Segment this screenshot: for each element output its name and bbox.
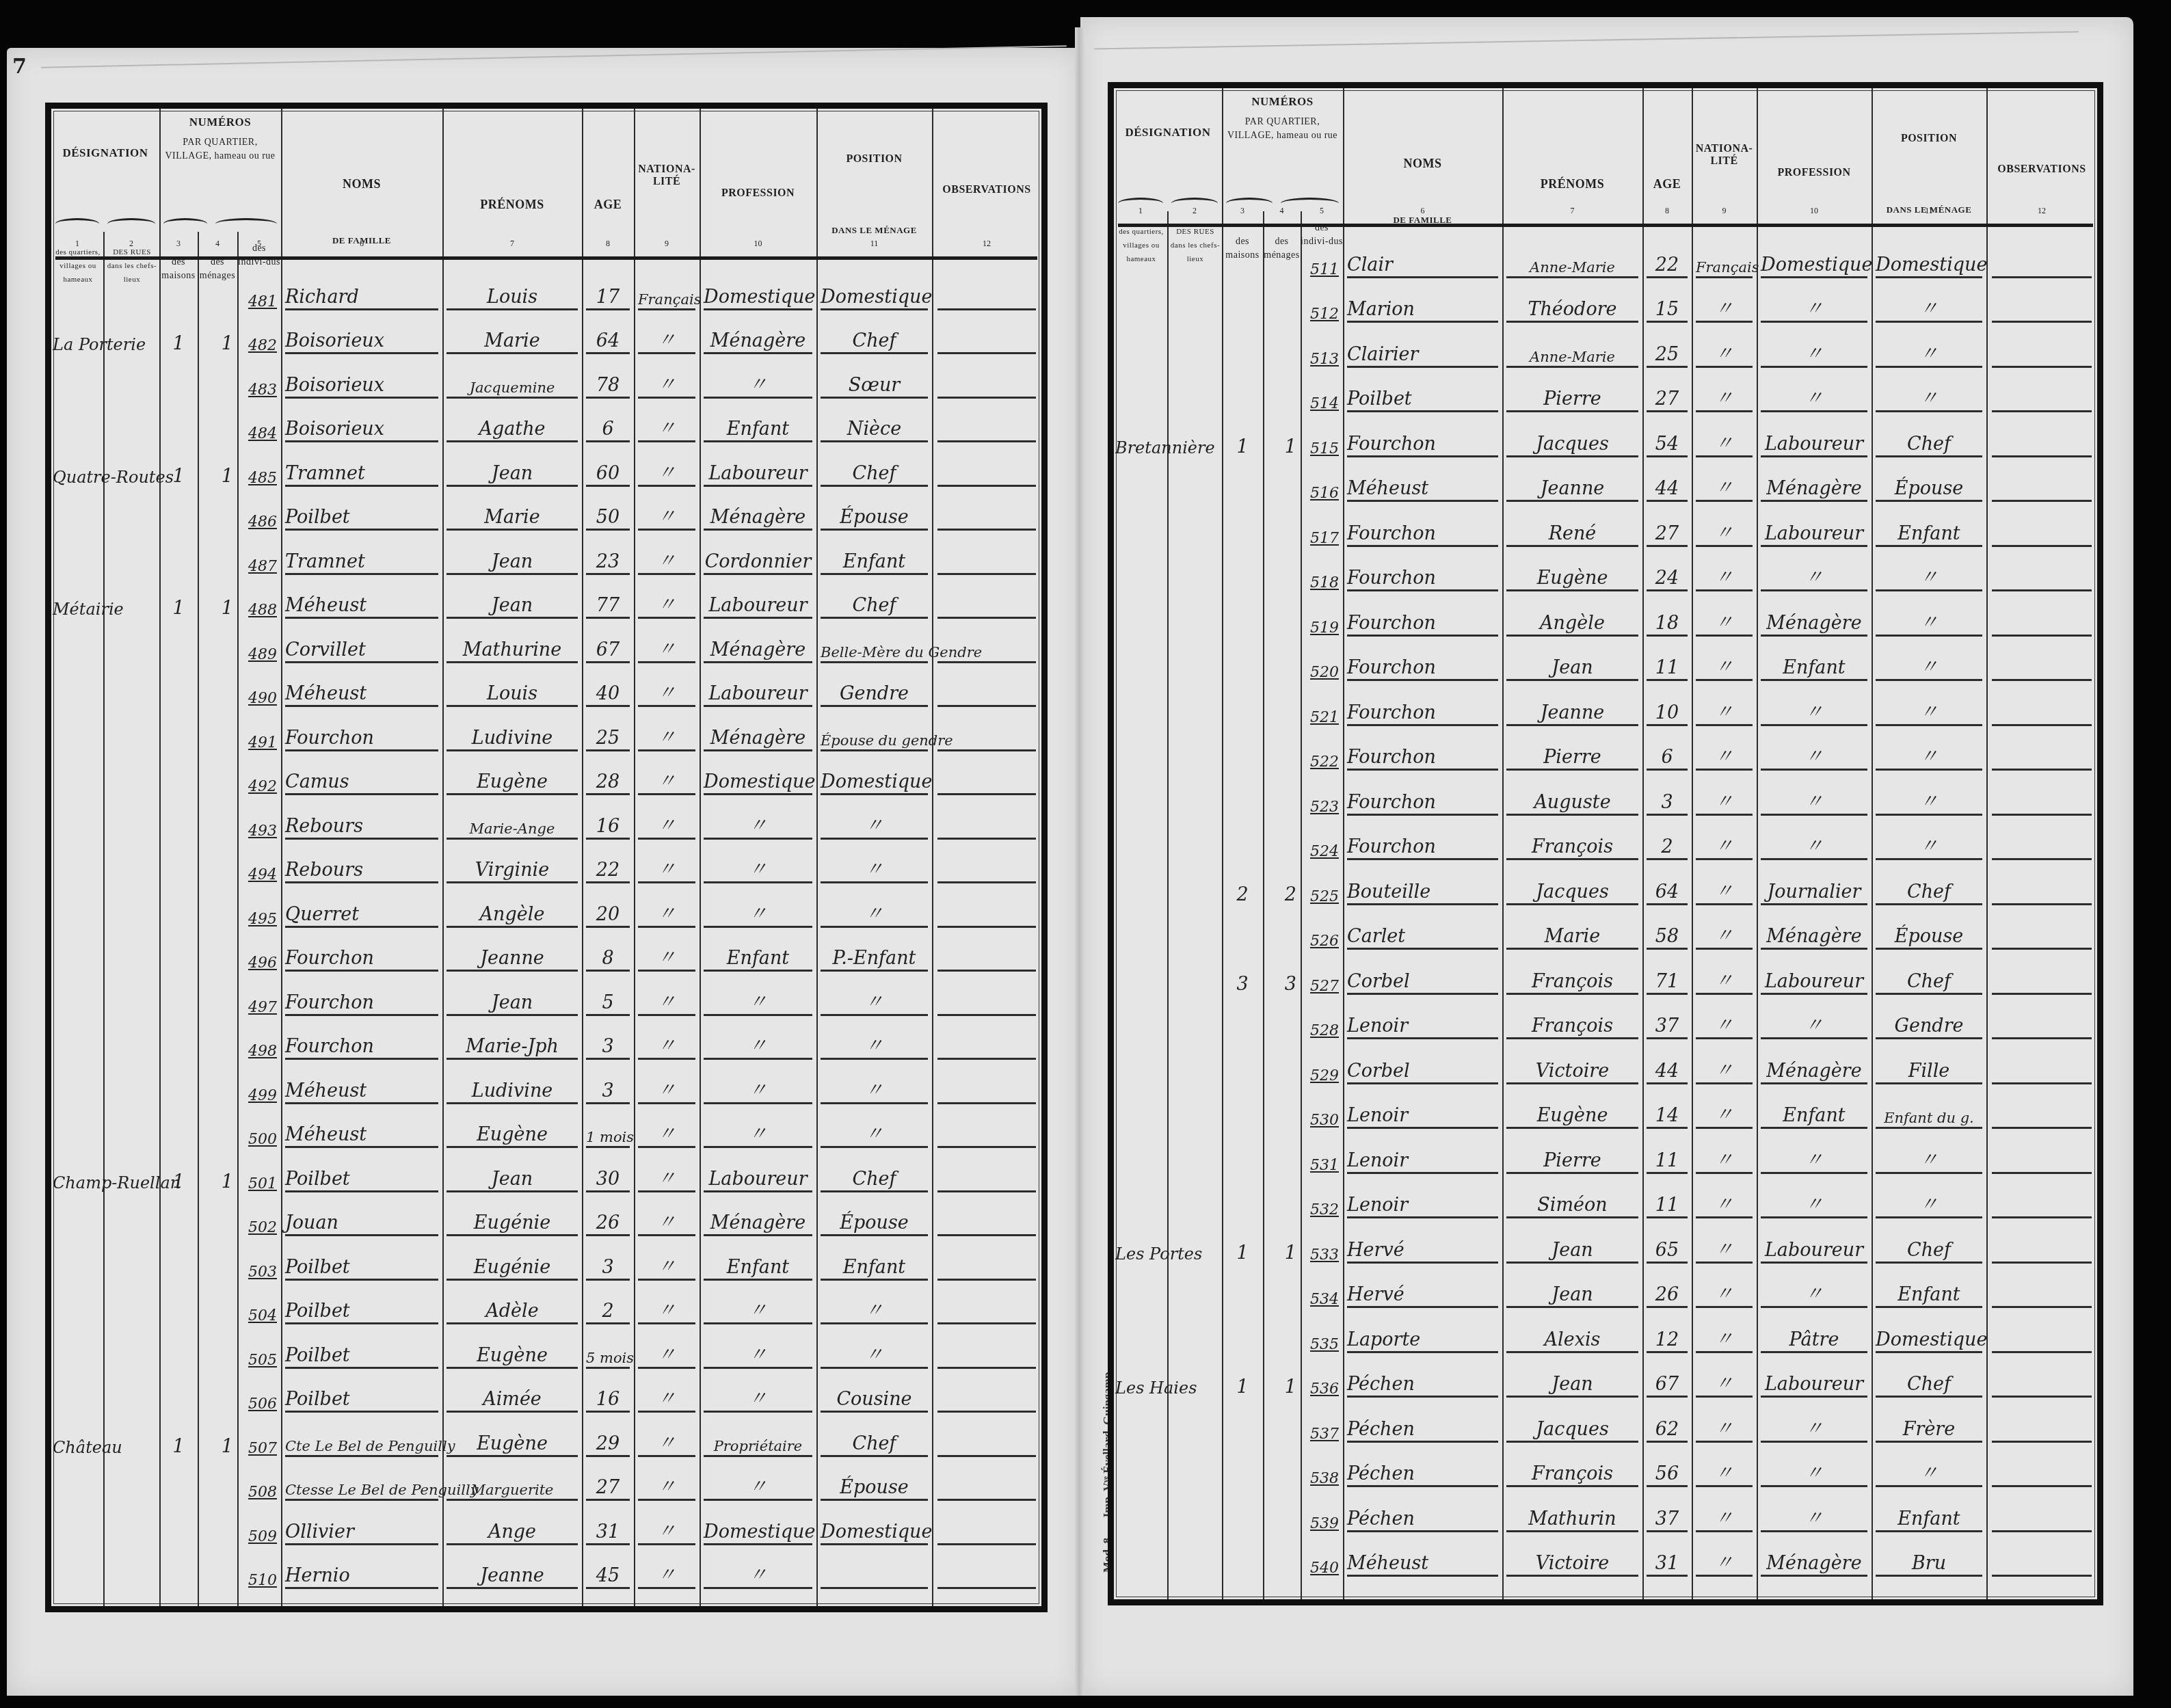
age-cell: 3 [586, 1036, 630, 1060]
age-cell: 16 [586, 1389, 630, 1413]
table-row: 22525BouteilleJacques64〃JournalierChef [1114, 864, 2097, 909]
position-cell: Enfant du g. [1876, 1110, 1982, 1129]
firstname-cell: Théodore [1506, 299, 1638, 323]
profession-cell: 〃 [1761, 338, 1867, 368]
nationality-cell: 〃 [1696, 428, 1753, 457]
profession-cell: Laboureur [1761, 433, 1867, 457]
observations-cell [937, 792, 1036, 795]
profession-cell: 〃 [704, 1383, 812, 1413]
individual-number: 499 [241, 1087, 277, 1104]
firstname-cell: Marie [447, 330, 578, 354]
firstname-cell: Mathurin [1506, 1508, 1638, 1532]
position-cell: Chef [821, 463, 928, 487]
household-number: 1 [202, 466, 233, 487]
individual-number: 514 [1305, 395, 1339, 412]
firstname-cell: Siméon [1506, 1195, 1638, 1218]
table-row: 489CorvilletMathurine67〃MénagèreBelle-Mè… [51, 623, 1041, 667]
firstname-cell: Jean [1506, 1284, 1638, 1308]
table-row: 505PoilbetEugène5 mois〃〃〃 [51, 1329, 1041, 1373]
age-cell: 2 [586, 1300, 630, 1324]
age-cell: 54 [1647, 433, 1688, 457]
observations-cell [1992, 276, 2092, 278]
profession-cell: Ménagère [704, 507, 812, 531]
census-table-left: DÉSIGNATIONdes quartiers, villages ou ha… [45, 103, 1048, 1612]
table-row: 481RichardLouis17FrançaisDomestiqueDomes… [51, 270, 1041, 315]
age-cell: 5 mois [586, 1350, 630, 1369]
header-profession: PROFESSION [1757, 167, 1872, 179]
individual-number: 510 [241, 1572, 277, 1589]
table-row: 487TramnetJean23〃CordonnierEnfant [51, 535, 1041, 579]
profession-cell: 〃 [1761, 293, 1867, 323]
individual-number: 482 [241, 337, 277, 354]
firstname-cell: Ange [447, 1521, 578, 1545]
age-cell: 60 [586, 463, 630, 487]
position-cell [821, 1586, 928, 1589]
location-cell: Les Portes [1115, 1244, 1184, 1264]
table-row: 33527CorbelFrançois71〃LaboureurChef [1114, 954, 2097, 999]
nationality-cell: 〃 [638, 1251, 695, 1281]
profession-cell: Laboureur [704, 1169, 812, 1192]
nationality-cell: 〃 [1696, 831, 1753, 860]
surname-cell: Lenoir [1347, 1015, 1498, 1039]
age-cell: 65 [1647, 1240, 1688, 1264]
age-cell: 24 [1647, 568, 1688, 591]
observations-cell [937, 925, 1036, 928]
house-number: 1 [163, 1171, 194, 1192]
nationality-cell: 〃 [1696, 1099, 1753, 1129]
profession-cell: 〃 [704, 369, 812, 399]
profession-cell: Laboureur [704, 595, 812, 619]
age-cell: 56 [1647, 1463, 1688, 1487]
position-cell: Enfant [821, 551, 928, 575]
column-number: 7 [1502, 206, 1642, 216]
header-nationalite: NATIONA-LITÉ [1692, 143, 1757, 168]
nationality-cell: 〃 [1696, 741, 1753, 771]
firstname-cell: Eugénie [447, 1257, 578, 1281]
firstname-cell: Virginie [447, 859, 578, 883]
firstname-cell: Anne-Marie [1506, 259, 1638, 278]
firstname-cell: Jean [1506, 1374, 1638, 1398]
firstname-cell: Angèle [447, 904, 578, 928]
individual-number: 525 [1305, 888, 1339, 905]
observations-cell [937, 351, 1036, 354]
nationality-cell: 〃 [638, 1560, 695, 1589]
individual-number: 481 [241, 293, 277, 310]
position-cell: Gendre [821, 683, 928, 707]
position-cell: Chef [1876, 881, 1982, 905]
nationality-cell: 〃 [1696, 1010, 1753, 1039]
profession-cell: Laboureur [1761, 1374, 1867, 1398]
individual-number: 496 [241, 955, 277, 972]
surname-cell: Hervé [1347, 1284, 1498, 1308]
individual-number: 494 [241, 866, 277, 883]
nationality-cell: Français [638, 291, 695, 310]
individual-number: 530 [1305, 1112, 1339, 1129]
observations-cell [937, 616, 1036, 619]
header-designation: DÉSIGNATION [1114, 126, 1222, 139]
firstname-cell: Mathurine [447, 639, 578, 663]
table-row: 532LenoirSiméon11〃〃〃 [1114, 1178, 2097, 1223]
firstname-cell: Eugénie [447, 1212, 578, 1236]
surname-cell: Péchen [1347, 1508, 1498, 1532]
profession-cell: 〃 [1761, 1503, 1867, 1532]
header-brace [107, 218, 155, 230]
individual-number: 521 [1305, 709, 1339, 726]
position-cell: Nièce [821, 418, 928, 442]
position-cell: 〃 [821, 1339, 928, 1369]
position-cell: Enfant [1876, 1284, 1982, 1308]
position-cell: 〃 [1876, 831, 1982, 860]
nationality-cell: 〃 [638, 1428, 695, 1457]
profession-cell: Laboureur [1761, 971, 1867, 995]
firstname-cell: Jeanne [447, 948, 578, 972]
individual-number: 519 [1305, 619, 1339, 637]
nationality-cell: 〃 [638, 942, 695, 972]
surname-cell: Fourchon [285, 992, 438, 1016]
surname-cell: Corbel [1347, 1060, 1498, 1084]
individual-number: 512 [1305, 306, 1339, 323]
location-cell: La Porterie [53, 335, 120, 354]
column-number: 5 [1301, 206, 1343, 216]
firstname-cell: Victoire [1506, 1060, 1638, 1084]
observations-cell [1992, 857, 2092, 860]
household-number: 1 [1267, 1242, 1296, 1264]
observations-cell [1992, 1530, 2092, 1532]
age-cell: 16 [586, 816, 630, 840]
header-prenoms: PRÉNOMS [442, 198, 582, 212]
individual-number: 537 [1305, 1426, 1339, 1443]
age-cell: 8 [586, 948, 630, 972]
table-row: Château11507Cte Le Bel de PenguillyEugèn… [51, 1417, 1041, 1461]
profession-cell: 〃 [704, 1560, 812, 1589]
individual-number: 490 [241, 690, 277, 707]
age-cell: 45 [586, 1565, 630, 1589]
individual-number: 527 [1305, 978, 1339, 995]
firstname-cell: Alexis [1506, 1329, 1638, 1353]
nationality-cell: 〃 [638, 1471, 695, 1501]
firstname-cell: Jeanne [1506, 702, 1638, 726]
nationality-cell: 〃 [1696, 652, 1753, 681]
column-number: 4 [1263, 206, 1301, 216]
column-number: 6 [281, 239, 442, 249]
age-cell: 6 [1647, 747, 1688, 771]
profession-cell: Enfant [1761, 657, 1867, 681]
nationality-cell: 〃 [638, 634, 695, 663]
table-row: 504PoilbetAdèle2〃〃〃 [51, 1285, 1041, 1329]
table-row: 540MéheustVictoire31〃MénagèreBru [1114, 1536, 2097, 1582]
nationality-cell: 〃 [1696, 1055, 1753, 1084]
nationality-cell: 〃 [1696, 607, 1753, 637]
observations-cell [937, 1190, 1036, 1192]
profession-cell: Ménagère [704, 728, 812, 751]
column-number: 6 [1343, 206, 1502, 216]
table-row: 493ReboursMarie-Ange16〃〃〃 [51, 799, 1041, 844]
table-row: 513ClairierAnne-Marie25〃〃〃 [1114, 327, 2097, 372]
nationality-cell: 〃 [638, 1207, 695, 1236]
individual-number: 484 [241, 425, 277, 442]
firstname-cell: Marie-Ange [447, 820, 578, 840]
nationality-cell: 〃 [638, 457, 695, 487]
nationality-cell: 〃 [638, 413, 695, 442]
header-observations: OBSERVATIONS [1986, 163, 2097, 176]
table-row: 509OllivierAnge31〃DomestiqueDomestique [51, 1505, 1041, 1549]
age-cell: 27 [1647, 523, 1688, 547]
age-cell: 64 [1647, 881, 1688, 905]
firstname-cell: Pierre [1506, 388, 1638, 412]
age-cell: 31 [1647, 1553, 1688, 1577]
individual-number: 491 [241, 734, 277, 751]
age-cell: 30 [586, 1169, 630, 1192]
profession-cell: 〃 [704, 810, 812, 840]
position-cell: Cousine [821, 1389, 928, 1413]
nationality-cell: 〃 [638, 1030, 695, 1060]
observations-cell [937, 572, 1036, 575]
nationality-cell: 〃 [638, 1516, 695, 1545]
profession-cell: 〃 [704, 987, 812, 1016]
profession-cell: 〃 [1761, 831, 1867, 860]
individual-number: 536 [1305, 1380, 1339, 1398]
nationality-cell: 〃 [1696, 1503, 1753, 1532]
position-cell: P.-Enfant [821, 948, 928, 972]
age-cell: 10 [1647, 702, 1688, 726]
table-row: 517FourchonRené27〃LaboureurEnfant [1114, 506, 2097, 551]
position-cell: 〃 [1876, 1145, 1982, 1174]
firstname-cell: Angèle [1506, 613, 1638, 637]
surname-cell: Carlet [1347, 926, 1498, 950]
profession-cell: 〃 [704, 1075, 812, 1104]
table-row: 531LenoirPierre11〃〃〃 [1114, 1133, 2097, 1178]
firstname-cell: Adèle [447, 1300, 578, 1324]
age-cell: 64 [586, 330, 630, 354]
position-cell: Frère [1876, 1419, 1982, 1443]
observations-cell [1992, 1082, 2092, 1084]
observations-cell [1992, 1305, 2092, 1308]
header-numeros: NUMÉROS [1222, 95, 1343, 109]
firstname-cell: Jean [1506, 657, 1638, 681]
observations-cell [937, 837, 1036, 840]
house-number: 1 [163, 598, 194, 619]
individual-number: 504 [241, 1307, 277, 1324]
profession-cell: Ménagère [1761, 1553, 1867, 1577]
position-cell: Épouse [1876, 478, 1982, 502]
location-cell: Château [53, 1438, 120, 1457]
observations-cell [937, 881, 1036, 883]
surname-cell: Laporte [1347, 1329, 1498, 1353]
position-cell: Épouse [821, 1212, 928, 1236]
surname-cell: Poilbet [285, 1300, 438, 1324]
firstname-cell: Auguste [1506, 792, 1638, 816]
position-cell: Chef [821, 330, 928, 354]
individual-number: 532 [1305, 1201, 1339, 1218]
age-cell: 25 [586, 728, 630, 751]
column-number: 12 [1986, 206, 2097, 216]
profession-cell: Ménagère [704, 639, 812, 663]
observations-cell [937, 308, 1036, 310]
individual-number: 497 [241, 999, 277, 1016]
surname-cell: Rebours [285, 816, 438, 840]
location-cell: Bretannière [1115, 438, 1184, 457]
observations-cell [1992, 723, 2092, 726]
observations-cell [937, 1057, 1036, 1060]
table-row: 486PoilbetMarie50〃MénagèreÉpouse [51, 491, 1041, 535]
age-cell: 67 [1647, 1374, 1688, 1398]
surname-cell: Lenoir [1347, 1150, 1498, 1174]
table-row: 506PoilbetAimée16〃〃Cousine [51, 1373, 1041, 1417]
household-number: 2 [1267, 884, 1296, 905]
location-cell: Les Haies [1115, 1378, 1184, 1398]
table-row: Bretannière11515FourchonJacques54〃Labour… [1114, 416, 2097, 462]
table-header: DÉSIGNATIONdes quartiers, villages ou ha… [1114, 88, 2097, 232]
profession-cell: Laboureur [704, 683, 812, 707]
surname-cell: Tramnet [285, 551, 438, 575]
individual-number: 524 [1305, 843, 1339, 860]
surname-cell: Méheust [1347, 478, 1498, 502]
nationality-cell: 〃 [1696, 876, 1753, 905]
table-row: 498FourchonMarie-Jph3〃〃〃 [51, 1020, 1041, 1065]
surname-cell: Péchen [1347, 1463, 1498, 1487]
nationality-cell: 〃 [1696, 1547, 1753, 1577]
firstname-cell: Jean [447, 551, 578, 575]
age-cell: 11 [1647, 1195, 1688, 1218]
nationality-cell: 〃 [638, 325, 695, 354]
surname-cell: Fourchon [1347, 792, 1498, 816]
position-cell: 〃 [821, 987, 928, 1016]
observations-cell [1992, 544, 2092, 547]
position-cell: Domestique [821, 1521, 928, 1545]
table-row: 516MéheustJeanne44〃MénagèreÉpouse [1114, 462, 2097, 507]
nationality-cell: 〃 [638, 1119, 695, 1148]
table-row: 502JouanEugénie26〃MénagèreÉpouse [51, 1197, 1041, 1241]
table-row: 512MarionThéodore15〃〃〃 [1114, 282, 2097, 328]
firstname-cell: Pierre [1506, 1150, 1638, 1174]
surname-cell: Poilbet [285, 1345, 438, 1369]
table-header: DÉSIGNATIONdes quartiers, villages ou ha… [51, 109, 1041, 265]
profession-cell: 〃 [1761, 1458, 1867, 1487]
book-spine [1075, 27, 1084, 1696]
age-cell: 17 [586, 286, 630, 310]
table-row: Quatre-Routes11485TramnetJean60〃Laboureu… [51, 446, 1041, 491]
table-row: 484BoisorieuxAgathe6〃EnfantNièce [51, 403, 1041, 447]
surname-cell: Ctesse Le Bel de Penguilly [285, 1482, 438, 1501]
age-cell: 44 [1647, 478, 1688, 502]
position-cell: Chef [821, 1433, 928, 1457]
individual-number: 529 [1305, 1067, 1339, 1084]
household-number: 1 [1267, 1376, 1296, 1398]
position-cell: 〃 [1876, 1189, 1982, 1218]
profession-cell: 〃 [1761, 786, 1867, 816]
position-cell: Épouse [821, 507, 928, 531]
observations-cell [1992, 410, 2092, 412]
surname-cell: Boisorieux [285, 375, 438, 399]
firstname-cell: Aimée [447, 1389, 578, 1413]
observations-cell [1992, 499, 2092, 502]
column-number: 4 [198, 239, 237, 249]
column-number: 9 [1692, 206, 1757, 216]
table-row: 495QuerretAngèle20〃〃〃 [51, 888, 1041, 932]
surname-cell: Camus [285, 771, 438, 795]
house-number: 1 [1226, 1242, 1259, 1264]
profession-cell: Cordonnier [704, 551, 812, 575]
individual-number: 513 [1305, 351, 1339, 368]
individual-number: 486 [241, 513, 277, 531]
firstname-cell: Eugène [447, 1433, 578, 1457]
firstname-cell: Jeanne [447, 1565, 578, 1589]
nationality-cell: 〃 [1696, 1458, 1753, 1487]
house-number: 1 [163, 333, 194, 354]
surname-cell: Fourchon [1347, 568, 1498, 591]
table-row: Les Portes11533HervéJean65〃LaboureurChef [1114, 1223, 2097, 1268]
column-number: 11 [816, 239, 932, 249]
observations-cell [1992, 589, 2092, 591]
position-cell: 〃 [821, 1075, 928, 1104]
house-number: 2 [1226, 884, 1259, 905]
position-cell: Sœur [821, 375, 928, 399]
firstname-cell: Eugène [447, 771, 578, 795]
table-row: 503PoilbetEugénie3〃EnfantEnfant [51, 1240, 1041, 1285]
individual-number: 515 [1305, 440, 1339, 457]
individual-number: 511 [1305, 261, 1339, 278]
house-number: 1 [1226, 436, 1259, 457]
header-profession: PROFESSION [700, 187, 816, 200]
profession-cell: 〃 [1761, 1145, 1867, 1174]
header-numeros-sub: PAR QUARTIER, VILLAGE, hameau ou rue [159, 136, 281, 163]
firstname-cell: Agathe [447, 418, 578, 442]
position-cell: 〃 [821, 1030, 928, 1060]
nationality-cell: 〃 [1696, 293, 1753, 323]
surname-cell: Corbel [1347, 971, 1498, 995]
header-rule [55, 256, 1037, 260]
age-cell: 3 [586, 1080, 630, 1104]
firstname-cell: Victoire [1506, 1553, 1638, 1577]
individual-number: 520 [1305, 664, 1339, 681]
position-cell: Domestique [1876, 254, 1982, 278]
surname-cell: Poilbet [285, 507, 438, 531]
nationality-cell: 〃 [638, 1339, 695, 1369]
observations-cell [937, 396, 1036, 399]
observations-cell [1992, 947, 2092, 950]
observations-cell [1992, 634, 2092, 637]
surname-cell: Poilbet [285, 1169, 438, 1192]
profession-cell: Domestique [704, 1521, 812, 1545]
individual-number: 487 [241, 558, 277, 575]
observations-cell [937, 1322, 1036, 1324]
nationality-cell: 〃 [1696, 1413, 1753, 1443]
nationality-cell: 〃 [1696, 1234, 1753, 1264]
profession-cell: Ménagère [1761, 613, 1867, 637]
age-cell: 18 [1647, 613, 1688, 637]
firstname-cell: Eugène [1506, 1105, 1638, 1129]
firstname-cell: Jeanne [1506, 478, 1638, 502]
individual-number: 483 [241, 382, 277, 399]
age-cell: 37 [1647, 1015, 1688, 1039]
surname-cell: Boisorieux [285, 330, 438, 354]
individual-number: 535 [1305, 1336, 1339, 1353]
observations-cell [1992, 1574, 2092, 1577]
house-number: 1 [163, 1436, 194, 1457]
observations-cell [1992, 1126, 2092, 1129]
observations-cell [937, 1410, 1036, 1413]
column-number: 3 [159, 239, 198, 249]
nationality-cell: 〃 [1696, 1145, 1753, 1174]
nationality-cell: 〃 [638, 678, 695, 707]
individual-number: 503 [241, 1264, 277, 1281]
individual-number: 533 [1305, 1246, 1339, 1264]
observations-cell [937, 1233, 1036, 1236]
column-number: 10 [1757, 206, 1872, 216]
individual-number: 538 [1305, 1470, 1339, 1487]
profession-cell: 〃 [704, 1119, 812, 1148]
column-number: 5 [237, 239, 281, 249]
